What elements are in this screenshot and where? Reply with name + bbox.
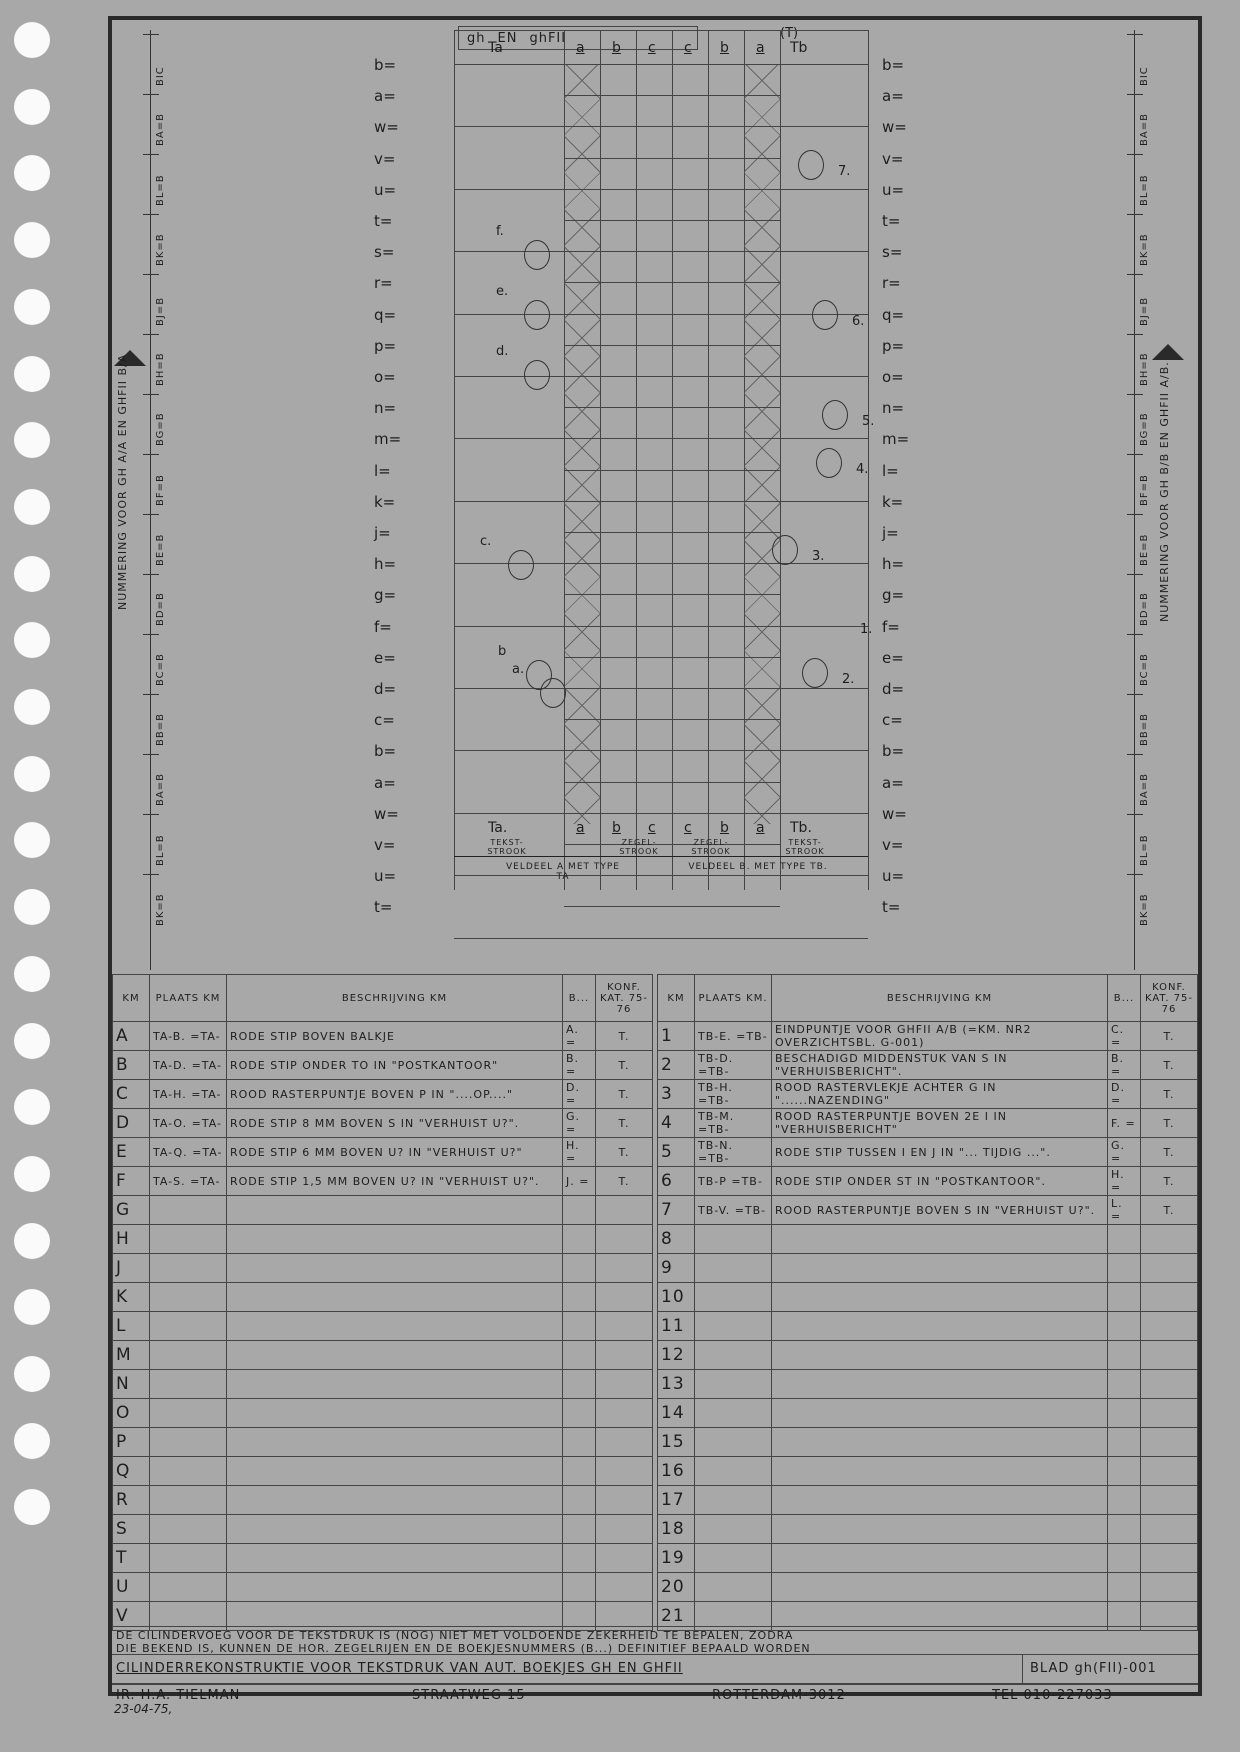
row-label: a= — [374, 87, 404, 105]
table-row: t — [113, 1544, 653, 1573]
right-numbering-ruler: BICBa=BBl=BBk=BBj=BBh=BBg=BBf=BBe=BBd=BB… — [1134, 30, 1157, 970]
plaats-cell — [695, 1283, 772, 1312]
grid-line — [564, 626, 780, 627]
grid-line — [780, 626, 868, 627]
km-cell: 8 — [658, 1225, 695, 1254]
row-label: v= — [882, 836, 912, 854]
table-row: h — [113, 1225, 653, 1254]
ruler-label: Bb=B — [1139, 700, 1150, 746]
grid-line — [454, 64, 564, 65]
beschrijving-cell — [772, 1399, 1108, 1428]
left-numbering-ruler: BICBa=BBl=BBk=BBj=BBh=BBg=BBf=BBe=BBd=BB… — [150, 30, 173, 970]
defect-circle — [524, 240, 550, 270]
binder-hole — [14, 822, 50, 858]
konf-cell: T. — [1141, 1167, 1198, 1196]
bottom-left-strip: Ta. — [488, 820, 507, 836]
grid-line — [780, 189, 868, 190]
grid-line — [636, 30, 637, 890]
km-cell: 13 — [658, 1370, 695, 1399]
plaats-cell — [150, 1486, 227, 1515]
konf-cell — [1141, 1341, 1198, 1370]
bottom-column-header: c — [684, 820, 692, 836]
binder-hole — [14, 1356, 50, 1392]
ruler-label: Bh=B — [155, 340, 166, 386]
ruler-tick — [1127, 274, 1143, 275]
km-cell: 19 — [658, 1544, 695, 1573]
beschrijving-cell — [227, 1457, 563, 1486]
beschrijving-cell: RODE STIP ONDER to IN "POSTKANTOOR" — [227, 1051, 563, 1080]
b-cell — [563, 1283, 596, 1312]
bottom-column-header: a — [756, 820, 765, 836]
plaats-cell — [695, 1312, 772, 1341]
binder-hole — [14, 1289, 50, 1325]
ruler-tick — [1127, 94, 1143, 95]
km-cell: l — [113, 1312, 150, 1341]
km-cell: g — [113, 1196, 150, 1225]
km-cell: b — [113, 1051, 150, 1080]
ruler-tick — [143, 214, 159, 215]
konf-cell — [596, 1486, 653, 1515]
row-label: m= — [882, 430, 912, 448]
table-row: 10 — [658, 1283, 1198, 1312]
beschrijving-cell — [227, 1370, 563, 1399]
plaats-cell — [695, 1515, 772, 1544]
plaats-cell: Tb-h. =Tb- — [695, 1080, 772, 1109]
table-header: KONF. KAT. 75-76 — [596, 975, 653, 1022]
table-row: 6Tb-p =Tb-RODE STIP ONDER st IN "POSTKAN… — [658, 1167, 1198, 1196]
ruler-tick — [143, 394, 159, 395]
km-cell: 2 — [658, 1051, 695, 1080]
ruler-label: Bf=B — [155, 460, 166, 506]
ruler-tick — [143, 274, 159, 275]
grid-line — [780, 688, 868, 689]
plaats-cell — [150, 1196, 227, 1225]
km-cell: 16 — [658, 1457, 695, 1486]
grid-line — [780, 376, 868, 377]
right-strip-label: Tb — [790, 40, 807, 56]
plaats-cell: Ta-q. =Ta- — [150, 1138, 227, 1167]
b-cell — [563, 1486, 596, 1515]
ruler-label: Be=B — [1139, 520, 1150, 566]
beschrijving-cell — [227, 1196, 563, 1225]
binder-holes — [14, 0, 54, 1752]
beschrijving-cell: EINDPUNTJE VOOR ghFII A/B (=KM. nr2 OVER… — [772, 1022, 1108, 1051]
row-label: u= — [374, 181, 404, 199]
table-row: 9 — [658, 1254, 1198, 1283]
beschrijving-cell — [772, 1573, 1108, 1602]
km-cell: 4 — [658, 1109, 695, 1138]
row-label: t= — [374, 898, 404, 916]
grid-line — [564, 532, 780, 533]
row-label: j= — [882, 524, 912, 542]
plaats-cell — [695, 1399, 772, 1428]
beschrijving-cell: RODE STIP 6 mm BOVEN U? IN "VERHUIST U?" — [227, 1138, 563, 1167]
defect-label: d. — [496, 344, 508, 359]
b-cell — [563, 1573, 596, 1602]
grid-line — [564, 688, 780, 689]
konf-cell — [596, 1283, 653, 1312]
grid-line — [564, 189, 780, 190]
defect-circle — [812, 300, 838, 330]
grid-line — [564, 158, 780, 159]
b-cell — [1108, 1341, 1141, 1370]
row-label: h= — [374, 555, 404, 573]
km-cell: s — [113, 1515, 150, 1544]
row-label: q= — [882, 306, 912, 324]
row-label: n= — [882, 399, 912, 417]
plaats-cell — [150, 1341, 227, 1370]
city: ROTTERDAM-3012 — [712, 1688, 846, 1703]
table-row: k — [113, 1283, 653, 1312]
plaats-cell: Tb-m. =Tb- — [695, 1109, 772, 1138]
binder-hole — [14, 222, 50, 258]
plaats-cell — [695, 1370, 772, 1399]
km-cell: d — [113, 1109, 150, 1138]
km-cell: 3 — [658, 1080, 695, 1109]
row-label: e= — [374, 649, 404, 667]
beschrijving-cell — [227, 1573, 563, 1602]
table-header: BESCHRIJVING KM — [227, 975, 563, 1022]
konf-cell — [1141, 1573, 1198, 1602]
table-row: 3Tb-h. =Tb-ROOD RASTERVLEKJE ACHTER g IN… — [658, 1080, 1198, 1109]
ruler-label: Bl=B — [1139, 820, 1150, 866]
grid-line — [564, 470, 780, 471]
b-cell — [563, 1225, 596, 1254]
ruler-label: Bf=B — [1139, 460, 1150, 506]
grid-line — [564, 438, 780, 439]
beschrijving-cell — [227, 1225, 563, 1254]
row-label: b= — [374, 56, 404, 74]
column-header: c — [684, 40, 692, 56]
table-row: bTa-d. =Ta-RODE STIP ONDER to IN "POSTKA… — [113, 1051, 653, 1080]
b-cell — [563, 1515, 596, 1544]
phone: TEL 010-227033 — [992, 1688, 1113, 1703]
row-label: t= — [882, 898, 912, 916]
table-row: aTa-b. =Ta-RODE STIP BOVEN BALKJEa. =T. — [113, 1022, 653, 1051]
beschrijving-cell: ROOD RASTERPUNTJE BOVEN P IN "....OP....… — [227, 1080, 563, 1109]
ruler-tick — [143, 574, 159, 575]
table-row: fTa-s. =Ta-RODE STIP 1,5 mm BOVEN U? IN … — [113, 1167, 653, 1196]
km-cell: 9 — [658, 1254, 695, 1283]
binder-hole — [14, 1223, 50, 1259]
konf-cell: T. — [596, 1138, 653, 1167]
grid-line — [454, 750, 564, 751]
binder-hole — [14, 22, 50, 58]
km-cell: r — [113, 1486, 150, 1515]
table-row: p — [113, 1428, 653, 1457]
author: IR. H.A. TIELMAN — [116, 1688, 240, 1703]
beschrijving-cell: RODE STIP ONDER st IN "POSTKANTOOR". — [772, 1167, 1108, 1196]
table-row: 15 — [658, 1428, 1198, 1457]
plaats-cell — [150, 1254, 227, 1283]
km-cell: 15 — [658, 1428, 695, 1457]
plaats-cell — [150, 1544, 227, 1573]
defect-label: 3. — [812, 549, 824, 564]
table-row: l — [113, 1312, 653, 1341]
plaats-cell — [150, 1399, 227, 1428]
km-cell: 18 — [658, 1515, 695, 1544]
grid-line — [672, 30, 673, 890]
beschrijving-cell — [772, 1341, 1108, 1370]
row-label: l= — [882, 462, 912, 480]
grid-line — [564, 782, 780, 783]
ruler-label: Ba=B — [155, 100, 166, 146]
km-cell: u — [113, 1573, 150, 1602]
konf-cell — [596, 1573, 653, 1602]
row-label: j= — [374, 524, 404, 542]
ruler-tick — [143, 94, 159, 95]
table-header: B... — [563, 975, 596, 1022]
bottom-column-header: b — [720, 820, 729, 836]
plaats-cell — [695, 1428, 772, 1457]
plaats-cell — [150, 1370, 227, 1399]
grid-line — [454, 438, 564, 439]
km-cell: 10 — [658, 1283, 695, 1312]
ruler-tick — [1127, 454, 1143, 455]
bottom-column-header: c — [648, 820, 656, 836]
b-cell — [1108, 1225, 1141, 1254]
beschrijving-cell — [227, 1486, 563, 1515]
km-cell: 20 — [658, 1573, 695, 1602]
ruler-label: BIC — [1139, 40, 1150, 86]
konf-cell — [1141, 1225, 1198, 1254]
ruler-tick — [1127, 574, 1143, 575]
ruler-label: Bl=B — [155, 820, 166, 866]
plaats-cell: Ta-b. =Ta- — [150, 1022, 227, 1051]
grid-line — [564, 563, 780, 564]
right-numbering-label: NUMMERING VOOR gh B/B EN ghFII A/B. — [1158, 362, 1172, 622]
defect-label: a. — [512, 662, 524, 677]
plaats-cell — [695, 1544, 772, 1573]
b-cell: j. = — [563, 1167, 596, 1196]
plaats-cell — [150, 1225, 227, 1254]
konf-cell — [1141, 1544, 1198, 1573]
ruler-label: Bg=B — [1139, 400, 1150, 446]
column-header: a — [756, 40, 765, 56]
row-label: m= — [374, 430, 404, 448]
plaats-cell: Tb-d. =Tb- — [695, 1051, 772, 1080]
row-label: c= — [882, 711, 912, 729]
binder-hole — [14, 155, 50, 191]
notes-line-1: DE CILINDERVOEG VOOR DE TEKSTDRUK IS (NO… — [116, 1629, 1194, 1642]
plaats-cell — [695, 1486, 772, 1515]
konf-cell — [1141, 1254, 1198, 1283]
table-header: BESCHRIJVING KM — [772, 975, 1108, 1022]
table-row: 18 — [658, 1515, 1198, 1544]
km-cell: 5 — [658, 1138, 695, 1167]
binder-hole — [14, 1423, 50, 1459]
ruler-tick — [1127, 514, 1143, 515]
row-label: w= — [374, 805, 404, 823]
beschrijving-cell — [227, 1428, 563, 1457]
plaats-cell — [695, 1573, 772, 1602]
row-label: r= — [882, 274, 912, 292]
ruler-label: BIC — [155, 40, 166, 86]
row-label: k= — [882, 493, 912, 511]
konf-cell — [1141, 1457, 1198, 1486]
beschrijving-cell — [772, 1457, 1108, 1486]
konf-cell — [1141, 1283, 1198, 1312]
grid-line — [564, 938, 780, 939]
km-cell: p — [113, 1428, 150, 1457]
table-row: 5Tb-n. =Tb-RODE STIP TUSSEN I EN J IN ".… — [658, 1138, 1198, 1167]
defect-label: e. — [496, 284, 508, 299]
binder-hole — [14, 889, 50, 925]
row-label: g= — [374, 586, 404, 604]
konf-cell — [596, 1544, 653, 1573]
km-cell: j — [113, 1254, 150, 1283]
b-cell — [1108, 1486, 1141, 1515]
b-cell — [563, 1399, 596, 1428]
ruler-tick — [143, 634, 159, 635]
ruler-tick — [143, 34, 159, 35]
beschrijving-cell — [772, 1283, 1108, 1312]
plaats-cell: Tb-v. =Tb- — [695, 1196, 772, 1225]
row-label: d= — [882, 680, 912, 698]
row-label: f= — [374, 618, 404, 636]
grid-line — [600, 30, 601, 890]
plaats-cell: Ta-h. =Ta- — [150, 1080, 227, 1109]
konf-cell: T. — [596, 1167, 653, 1196]
defect-label: 2. — [842, 672, 854, 687]
row-label: h= — [882, 555, 912, 573]
grid-line — [780, 938, 868, 939]
beschrijving-cell — [772, 1428, 1108, 1457]
km-cell: a — [113, 1022, 150, 1051]
konf-cell: T. — [1141, 1138, 1198, 1167]
plaats-cell: Tb-e. =Tb- — [695, 1022, 772, 1051]
beschrijving-cell — [772, 1486, 1108, 1515]
grid-line — [780, 64, 868, 65]
beschrijving-cell — [227, 1283, 563, 1312]
table-row: q — [113, 1457, 653, 1486]
b-cell — [563, 1544, 596, 1573]
row-label: u= — [374, 867, 404, 885]
row-label: p= — [374, 337, 404, 355]
b-cell: b. = — [1108, 1051, 1141, 1080]
right-km-table: KMPLAATS KM.BESCHRIJVING KMB...KONF. KAT… — [657, 974, 1198, 1631]
grid-line — [780, 438, 868, 439]
row-label: a= — [882, 87, 912, 105]
binder-hole — [14, 1089, 50, 1125]
plaats-cell — [150, 1283, 227, 1312]
grid-line — [564, 251, 780, 252]
ruler-label: Ba=B — [155, 760, 166, 806]
grid-line — [564, 64, 780, 65]
row-label: k= — [374, 493, 404, 511]
konf-cell — [596, 1428, 653, 1457]
grid-line — [454, 501, 564, 502]
row-label: o= — [374, 368, 404, 386]
plaats-cell: Ta-o. =Ta- — [150, 1109, 227, 1138]
binder-hole — [14, 956, 50, 992]
b-cell — [563, 1254, 596, 1283]
konf-cell — [1141, 1312, 1198, 1341]
plaats-cell — [150, 1428, 227, 1457]
grid-line — [780, 875, 868, 876]
row-label: e= — [882, 649, 912, 667]
konf-cell — [1141, 1399, 1198, 1428]
ruler-tick — [1127, 874, 1143, 875]
column-header: b — [720, 40, 729, 56]
column-header: b — [612, 40, 621, 56]
binder-hole — [14, 756, 50, 792]
ruler-tick — [143, 754, 159, 755]
veldeel-b-label: VELDEEL B. MET TYPE Tb. — [688, 862, 828, 872]
defect-circle — [822, 400, 848, 430]
defect-circle — [798, 150, 824, 180]
row-label: a= — [882, 774, 912, 792]
binder-hole — [14, 289, 50, 325]
bottom-column-header: b — [612, 820, 621, 836]
b-cell — [1108, 1428, 1141, 1457]
table-row: eTa-q. =Ta-RODE STIP 6 mm BOVEN U? IN "V… — [113, 1138, 653, 1167]
km-cell: k — [113, 1283, 150, 1312]
table-row: u — [113, 1573, 653, 1602]
ruler-label: Bg=B — [155, 400, 166, 446]
ruler-tick — [143, 514, 159, 515]
grid-line — [564, 95, 780, 96]
row-label: b= — [374, 742, 404, 760]
grid-line — [564, 657, 780, 658]
konf-cell — [596, 1225, 653, 1254]
binder-hole — [14, 1489, 50, 1525]
ruler-label: Bj=B — [155, 280, 166, 326]
ruler-label: Bh=B — [1139, 340, 1150, 386]
konf-cell — [596, 1341, 653, 1370]
grid-line — [564, 906, 780, 907]
ruler-tick — [1127, 34, 1143, 35]
grid-line — [564, 407, 780, 408]
konf-cell — [596, 1254, 653, 1283]
left-numbering-label: NUMMERING VOOR gh A/A EN ghFII B/A — [116, 370, 130, 610]
b-cell: g. = — [1108, 1138, 1141, 1167]
defect-label: c. — [480, 534, 491, 549]
b-cell: f. = — [1108, 1109, 1141, 1138]
plaats-cell — [150, 1515, 227, 1544]
defect-label: 7. — [838, 164, 850, 179]
row-label: b= — [882, 742, 912, 760]
sheet-number: BLAD gh(FII)-001 — [1030, 1661, 1157, 1676]
beschrijving-cell — [227, 1312, 563, 1341]
beschrijving-cell — [772, 1254, 1108, 1283]
defect-label: 4. — [856, 462, 868, 477]
row-label: t= — [374, 212, 404, 230]
konf-cell: T. — [596, 1051, 653, 1080]
defect-circle — [772, 535, 798, 565]
b-cell — [1108, 1254, 1141, 1283]
konf-cell — [1141, 1370, 1198, 1399]
beschrijving-cell — [772, 1544, 1108, 1573]
b-cell: h. = — [563, 1138, 596, 1167]
table-row: dTa-o. =Ta-RODE STIP 8 mm BOVEN S IN "VE… — [113, 1109, 653, 1138]
konf-cell: T. — [1141, 1196, 1198, 1225]
defect-label: b — [498, 644, 506, 659]
table-row: 2Tb-d. =Tb-BESCHADIGD MIDDENSTUK VAN S I… — [658, 1051, 1198, 1080]
konf-cell — [1141, 1486, 1198, 1515]
ruler-label: Bb=B — [155, 700, 166, 746]
km-cell: 11 — [658, 1312, 695, 1341]
b-cell — [1108, 1283, 1141, 1312]
beschrijving-cell: RODE STIP BOVEN BALKJE — [227, 1022, 563, 1051]
grid-line — [564, 314, 780, 315]
beschrijving-cell — [772, 1312, 1108, 1341]
grid-line — [780, 750, 868, 751]
defect-circle — [816, 448, 842, 478]
ruler-label: Ba=B — [1139, 100, 1150, 146]
grid-line — [780, 251, 868, 252]
left-km-table: KMPLAATS KMBESCHRIJVING KMB...KONF. KAT.… — [112, 974, 653, 1631]
